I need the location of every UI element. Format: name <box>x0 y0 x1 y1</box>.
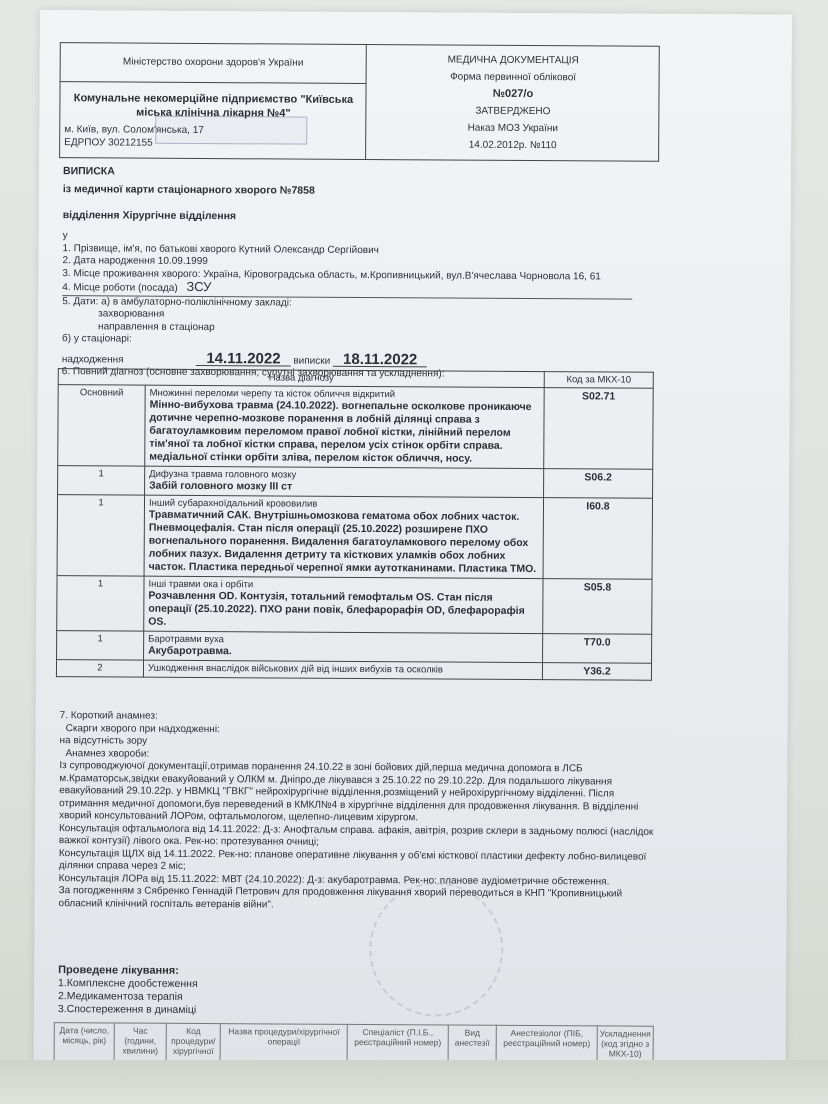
title-line-2: із медичної карти стаціонарного хворого … <box>63 183 659 199</box>
diagnosis-row: 1Інші травми ока і орбітиРозчавлення OD.… <box>57 576 652 635</box>
department-line: відділення Хірургічне відділення <box>63 209 659 225</box>
document-header: Міністерство охорони здоров'я України Ко… <box>59 42 660 162</box>
diagnosis-description: Розчавлення OD. Контузія, тотальний гемо… <box>148 590 538 631</box>
icd-code: S02.71 <box>544 388 653 470</box>
diagnosis-rank: Основний <box>58 385 145 467</box>
treatment-section: Проведене лікування: 1.Комплексне дообст… <box>58 964 654 1020</box>
diagnosis-cell: Дифузна травма головного мозкуЗабій голо… <box>145 466 544 497</box>
organization-address: м. Київ, вул. Солом'янська, 17 ЕДРПОУ 30… <box>64 123 204 150</box>
diagnosis-cell: Інший субарахноїдальний крововиливТравма… <box>144 495 543 578</box>
arrival-label: надходження <box>62 354 124 365</box>
diagnosis-description: Акубаротравма. <box>148 645 538 660</box>
diagnosis-rank: 1 <box>57 631 144 661</box>
organization-name: Комунальне некомерційне підприємство "Ки… <box>68 91 358 121</box>
header-left: Міністерство охорони здоров'я України Ко… <box>60 43 367 159</box>
form-number: №027/о <box>365 85 660 104</box>
edrpou-code: ЕДРПОУ 30212155 <box>64 136 204 150</box>
discharge-label: виписки <box>293 355 330 366</box>
patient-fields: у 1. Прізвище, ім'я, по батькові хворого… <box>62 230 659 382</box>
title-line-1: ВИПИСКА <box>63 165 659 181</box>
diagnosis-cell: Множинні переломи черепу та кісток облич… <box>145 385 544 468</box>
approved-label: ЗАТВЕРДЖЕНО <box>365 102 660 121</box>
treatment-item: 3.Спостереження в динаміці <box>58 1003 654 1020</box>
order-label: Наказ МОЗ України <box>365 119 660 138</box>
discharge-date: 18.11.2022 <box>333 353 427 367</box>
arrival-date: 14.11.2022 <box>196 352 290 366</box>
document-page: Міністерство охорони здоров'я України Ко… <box>33 10 792 1083</box>
ministry-name: Міністерство охорони здоров'я України <box>61 43 366 84</box>
address-text: м. Київ, вул. Солом'янська, 17 <box>64 123 204 137</box>
diagnosis-rank: 2 <box>56 660 143 678</box>
diagnosis-table: Назва діагнозу Код за МКХ-10 ОсновнийМно… <box>56 368 654 681</box>
history-paragraph: Консультація ЩЛХ від 14.11.2022. Рек-но:… <box>59 848 655 877</box>
diagnosis-row: ОсновнийМножинні переломи черепу та кіст… <box>58 385 653 470</box>
extract-title: ВИПИСКА із медичної карти стаціонарного … <box>63 165 659 225</box>
icd-code: I60.8 <box>543 498 652 580</box>
doc-type: МЕДИЧНА ДОКУМЕНТАЦІЯ <box>366 51 661 70</box>
diagnosis-cell: Ушкодження внаслідок військових дій від … <box>143 660 542 679</box>
work-label: 4. Місце роботи (посада) <box>62 282 177 294</box>
anamnesis-section: 7. Короткий анамнез: Скарги хворого при … <box>59 710 656 914</box>
history-paragraph: За погодженням з Сябренко Геннадій Петро… <box>59 885 655 914</box>
header-icd-code: Код за МКХ-10 <box>544 372 653 389</box>
order-date: 14.02.2012р. №110 <box>365 136 660 155</box>
diagnosis-rank: 1 <box>57 576 144 632</box>
diagnosis-row: 2Ушкодження внаслідок військових дій від… <box>56 660 651 681</box>
form-label: Форма первинної облікової <box>366 68 661 87</box>
diagnosis-description: Мінно-вибухова травма (24.10.2022). вогн… <box>149 399 539 466</box>
header-right: МЕДИЧНА ДОКУМЕНТАЦІЯ Форма первинної обл… <box>365 45 661 161</box>
table-surface <box>0 1060 828 1104</box>
icd-code: S06.2 <box>544 469 653 499</box>
work-value: ЗСУ <box>186 279 211 294</box>
diagnosis-description: Травматичний САК. Внутрішньомозкова гема… <box>149 509 539 576</box>
icd-code: T70.0 <box>543 634 652 664</box>
diagnosis-row: 1Інший субарахноїдальний крововиливТравм… <box>57 495 652 580</box>
diagnosis-rank: 1 <box>58 466 145 496</box>
diagnosis-label: Ушкодження внаслідок військових дій від … <box>148 663 538 676</box>
diagnosis-cell: Інші травми ока і орбітиРозчавлення OD. … <box>144 576 543 633</box>
icd-code: Y36.2 <box>542 663 651 681</box>
diagnosis-cell: Баротравми вухаАкубаротравма. <box>144 631 543 662</box>
diagnosis-rank: 1 <box>57 495 144 577</box>
history-paragraph: Із супроводжуючої документації,отримав п… <box>59 760 655 826</box>
diagnosis-row: 1Дифузна травма головного мозкуЗабій гол… <box>58 466 653 499</box>
field-hospital: б) у стаціонарі: <box>62 333 658 349</box>
diagnosis-description: Забій головного мозку III ст <box>149 480 539 495</box>
icd-code: S05.8 <box>543 579 652 635</box>
history-paragraph: Консультація офтальмолога від 14.11.2022… <box>59 823 655 852</box>
diagnosis-row: 1Баротравми вухаАкубаротравма.T70.0 <box>57 631 652 664</box>
